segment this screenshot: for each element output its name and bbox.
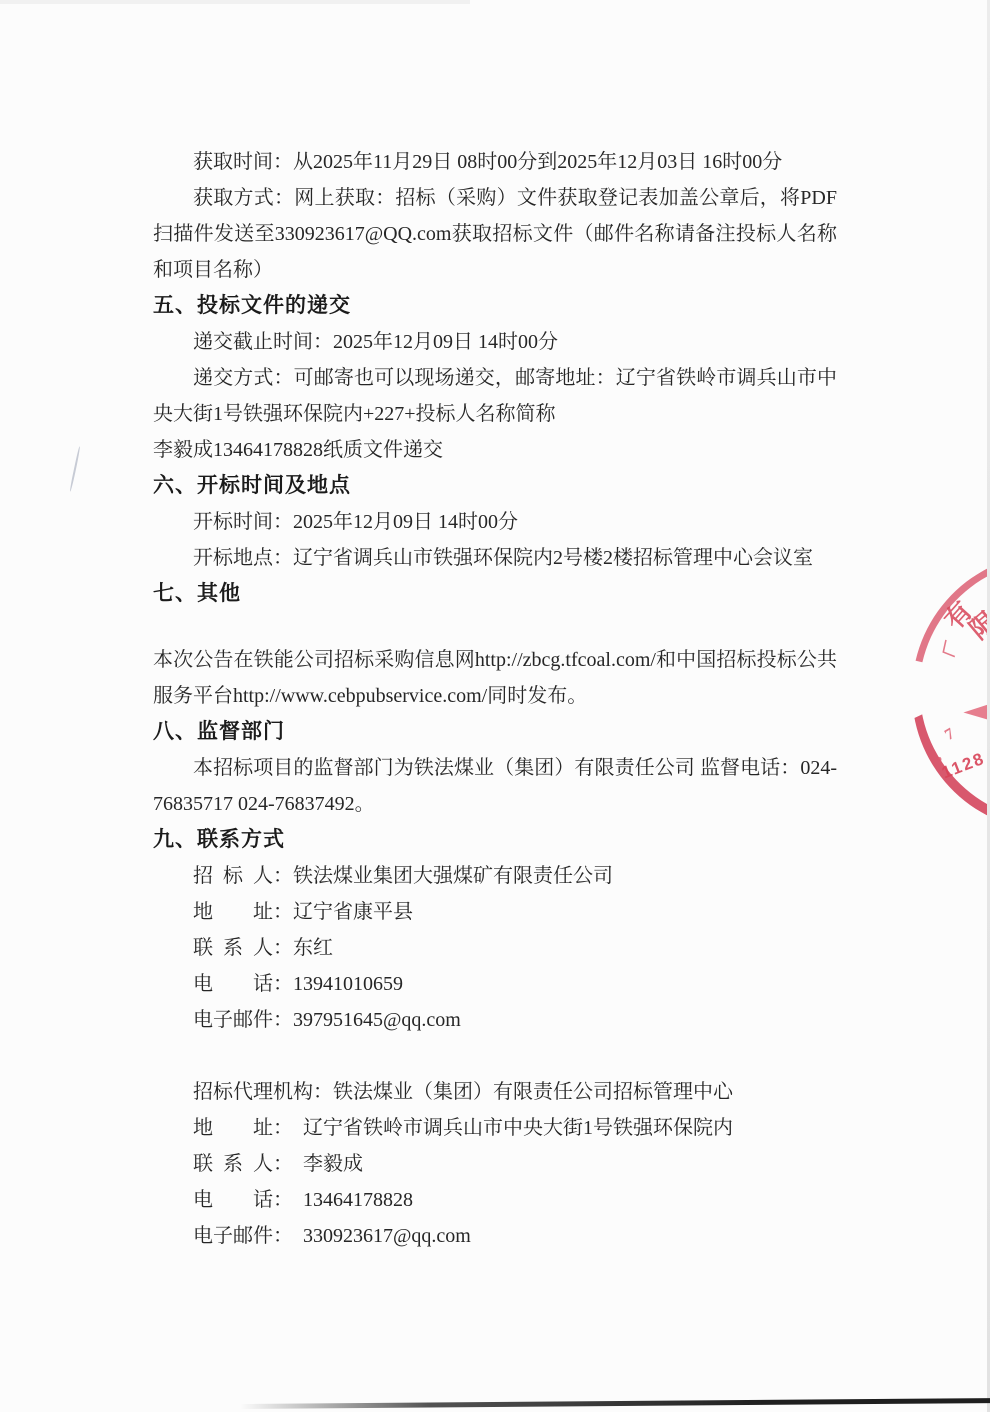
paragraph-acquisition-method: 获取方式：网上获取：招标（采购）文件获取登记表加盖公章后，将PDF扫描件发送至3… <box>153 180 837 288</box>
contact-row-agency-email: 电子邮件： 330923617@qq.com <box>153 1218 837 1254</box>
stamp-arc-character: 有 <box>941 598 978 635</box>
contact-row-tenderer: 招 标 人：铁法煤业集团大强煤矿有限责任公司 <box>153 858 837 894</box>
heading-section-7-other: 七、其他 <box>153 576 837 612</box>
contact-row-agency: 招标代理机构：铁法煤业（集团）有限责任公司招标管理中心 <box>153 1074 837 1110</box>
stamp-partial-glyph: ’ <box>935 753 948 774</box>
contact-row-tenderer-address: 地 址：辽宁省康平县 <box>153 894 837 930</box>
contact-row-tenderer-email: 电子邮件：397951645@qq.com <box>153 1002 837 1038</box>
stamp-ring-bottom-arc <box>861 502 990 882</box>
paragraph-acquisition-time: 获取时间：从2025年11月29日 08时00分到2025年12月03日 16时… <box>153 144 837 180</box>
document-body: 获取时间：从2025年11月29日 08时00分到2025年12月03日 16时… <box>153 144 837 1254</box>
scanned-document-page: 获取时间：从2025年11月29日 08时00分到2025年12月03日 16时… <box>0 0 990 1412</box>
paragraph-submission-deadline: 递交截止时间：2025年12月09日 14时00分 <box>153 324 837 360</box>
stamp-partial-glyph: 7 <box>943 726 958 744</box>
heading-section-9-contact: 九、联系方式 <box>153 822 837 858</box>
contact-row-agency-person: 联 系 人： 李毅成 <box>153 1146 837 1182</box>
heading-section-8-supervision: 八、监督部门 <box>153 714 837 750</box>
stamp-partial-glyph: 〈 <box>929 640 956 667</box>
stamp-star-icon <box>949 629 990 787</box>
scan-artifact-bottom-edge <box>240 1398 990 1409</box>
contact-row-tenderer-phone: 电 话：13941010659 <box>153 966 837 1002</box>
scan-artifact-hair-mark <box>69 446 81 491</box>
paragraph-opening-place: 开标地点：辽宁省调兵山市铁强环保院内2号楼2楼招标管理中心会议室 <box>153 540 837 576</box>
contact-row-tenderer-person: 联 系 人：东红 <box>153 930 837 966</box>
heading-section-6-bid-opening: 六、开标时间及地点 <box>153 468 837 504</box>
paragraph-opening-time: 开标时间：2025年12月09日 14时00分 <box>153 504 837 540</box>
stamp-serial-digits: 1128 <box>939 750 987 782</box>
paragraph-submission-contact: 李毅成13464178828纸质文件递交 <box>153 432 837 468</box>
paragraph-announcement-websites: 本次公告在铁能公司招标采购信息网http://zbcg.tfcoal.com/和… <box>153 642 837 714</box>
scan-artifact-top-edge <box>0 0 470 4</box>
stamp-ring-top-arc <box>859 500 990 883</box>
contact-row-agency-phone: 电 话： 13464178828 <box>153 1182 837 1218</box>
contact-row-agency-address: 地 址： 辽宁省铁岭市调兵山市中央大街1号铁强环保院内 <box>153 1110 837 1146</box>
heading-section-5-bid-submission: 五、投标文件的递交 <box>153 288 837 324</box>
paragraph-supervision-info: 本招标项目的监督部门为铁法煤业（集团）有限责任公司 监督电话：024-76835… <box>153 750 837 822</box>
paragraph-submission-method: 递交方式：可邮寄也可以现场递交，邮寄地址：辽宁省铁岭市调兵山市中央大街1号铁强环… <box>153 360 837 432</box>
